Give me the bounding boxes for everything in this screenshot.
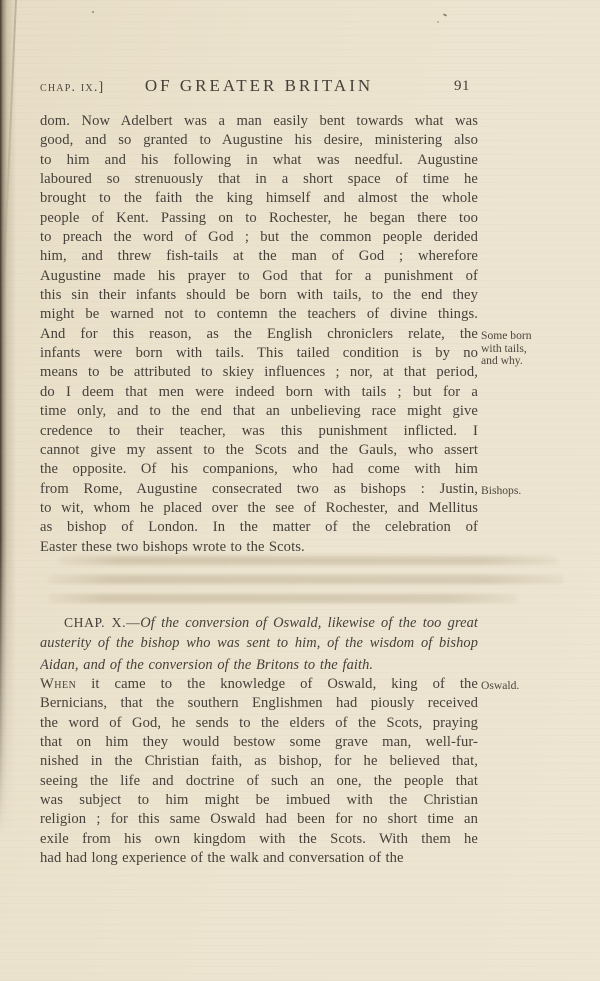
text-line: Augustine made his prayer to God that fo… xyxy=(40,267,478,286)
bleed-line xyxy=(48,575,564,584)
lead-line-rest: it came to the knowledge of Oswald, king… xyxy=(76,676,478,692)
paragraph-tails: dom. Now Adelbert was a man easily bent … xyxy=(40,112,478,557)
text-line: seeing the life and doctrine of such an … xyxy=(40,772,478,791)
margin-note-bishops: Bishops. xyxy=(481,485,573,498)
margin-note-line: and why. xyxy=(481,355,573,368)
text-line: Easter these two bishops wrote to the Sc… xyxy=(40,538,478,557)
text-line: dom. Now Adelbert was a man easily bent … xyxy=(40,112,478,131)
text-line: to preach the word of God ; but the comm… xyxy=(40,228,478,247)
lead-word: When xyxy=(40,676,76,692)
chapter-number: CHAP. X. xyxy=(64,615,126,630)
text-line: nished in the Christian faith, as bishop… xyxy=(40,752,478,771)
bleed-line xyxy=(58,556,558,565)
text-line: was subject to him might be imbued with … xyxy=(40,791,478,810)
text-line: as bishop of London. In the matter of th… xyxy=(40,518,478,537)
text-line: exile from his own kingdom with the Scot… xyxy=(40,830,478,849)
text-line: means to be attributed to skiey influenc… xyxy=(40,363,478,382)
margin-note-line: Some born xyxy=(481,330,573,343)
text-line: the opposite. Of his companions, who had… xyxy=(40,460,478,479)
text-line: might be warned not to contemn the teach… xyxy=(40,305,478,324)
text-line: Bernicians, that the southern Englishmen… xyxy=(40,694,478,713)
text-line: had had long experience of the walk and … xyxy=(40,849,478,868)
page-number: 91 xyxy=(454,78,470,95)
text-line: religion ; for this same Oswald had been… xyxy=(40,810,478,829)
text-line: And for this reason, as the English chro… xyxy=(40,325,478,344)
paragraph-oswald: When it came to the knowledge of Oswald,… xyxy=(40,675,478,868)
text-line: credence to their teacher, was this puni… xyxy=(40,422,478,441)
bleed-line xyxy=(48,594,518,603)
text-line: laboured so strenuously that in a short … xyxy=(40,170,478,189)
heading-line: austerity of the bishop who was sent to … xyxy=(40,633,478,654)
text-line: infants were born with tails. This taile… xyxy=(40,344,478,363)
ink-speck xyxy=(437,21,439,23)
page-header: chap. ix.] OF GREATER BRITAIN 91 xyxy=(40,76,478,100)
text-line: good, and so granted to Augustine his de… xyxy=(40,131,478,150)
page-bleed-through xyxy=(48,552,570,612)
text-line: time only, and to the end that an unbeli… xyxy=(40,402,478,421)
text-line: from Rome, Augustine consecrated two as … xyxy=(40,480,478,499)
text-line: cannot give my assent to the Scots and t… xyxy=(40,441,478,460)
text-line: to him and his following in what was nee… xyxy=(40,151,478,170)
book-page: chap. ix.] OF GREATER BRITAIN 91 dom. No… xyxy=(0,0,600,981)
em-dash: — xyxy=(126,615,140,630)
text-line: people of Kent. Passing on to Rochester,… xyxy=(40,209,478,228)
heading-line: Aidan, and of the conversion of the Brit… xyxy=(40,655,478,676)
heading-line: CHAP. X.—Of the conversion of Oswald, li… xyxy=(40,612,478,633)
text-line: him, and threw fish-tails at the man of … xyxy=(40,247,478,266)
ink-speck xyxy=(443,13,447,17)
running-title: OF GREATER BRITAIN xyxy=(40,76,478,96)
text-line: When it came to the knowledge of Oswald,… xyxy=(40,675,478,694)
ink-speck xyxy=(92,11,94,13)
text-line: do I deem that men were indeed born with… xyxy=(40,383,478,402)
text-line: to wit, whom he placed over the see of R… xyxy=(40,499,478,518)
margin-note-tails: Some born with tails, and why. xyxy=(481,330,573,368)
margin-note-oswald: Oswald. xyxy=(481,680,573,693)
text-line: this sin their infants should be born wi… xyxy=(40,286,478,305)
text-line: brought to the faith the king himself an… xyxy=(40,189,478,208)
chapter-x-heading: CHAP. X.—Of the conversion of Oswald, li… xyxy=(40,612,478,676)
heading-text: Of the conversion of Oswald, likewise of… xyxy=(140,615,478,631)
text-line: the word of God, he sends to the elders … xyxy=(40,714,478,733)
text-line: that on him they would bestow some grave… xyxy=(40,733,478,752)
